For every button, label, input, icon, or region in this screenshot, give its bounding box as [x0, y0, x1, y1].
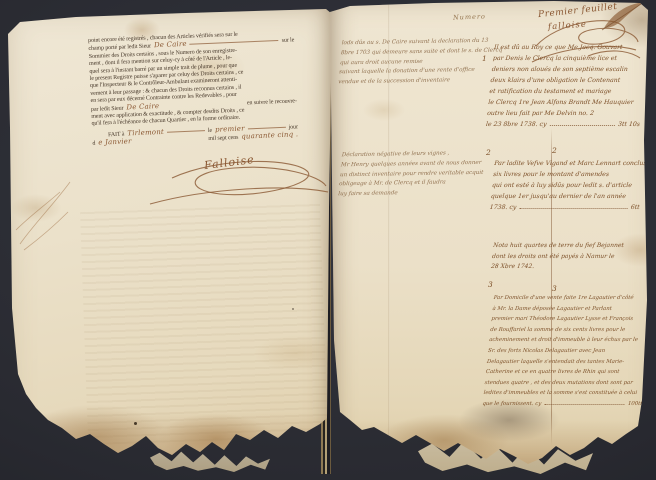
handwritten-line: premier mari Théodore Lagautier Lysse et…: [491, 314, 652, 325]
entry-total-line: que le fournissent. cy100tt: [482, 399, 643, 410]
amount-value: 100tt: [627, 399, 643, 410]
spacer: [135, 140, 206, 143]
handwritten-text: De Caire: [154, 41, 187, 50]
margin-note: Déclaration négative de leurs vignes ,Mr…: [338, 149, 493, 201]
entry-number: 3: [488, 280, 493, 289]
handwritten-text: quarante cinq .: [241, 132, 298, 142]
handwritten-line: et ratification du testament et mariage: [489, 86, 644, 97]
handwritten-line: vendue et de la succession d'inventaire: [338, 76, 489, 88]
printed-text: le: [208, 128, 212, 136]
handwritten-line: Nota huit quartes de terre du fief Bejan…: [493, 241, 644, 252]
ink-scrawl: [10, 166, 74, 252]
handwritten-line: à Mr. la Dame déposée Lagautier et Parla…: [492, 304, 653, 315]
entry-total-line: 1738. cy6tt: [489, 202, 640, 213]
total-text: le 23 8bre 1738. cy: [485, 119, 547, 130]
handwritten-line: Il est dû au Roy ce que Me Jacq. Gouvart: [493, 42, 648, 53]
handwritten-line: acheminement et droit d'immeuble à leur …: [489, 335, 650, 346]
right-page: Numero Premier feuillet falloise lods dû…: [324, 0, 656, 478]
total-text: 1738. cy: [489, 202, 517, 213]
ink-stroke: [167, 127, 205, 133]
handwritten-line: deux klairs d'une obligation le Contenan…: [490, 75, 645, 86]
handwritten-line: Catherine et ce en quatre livres de Rhin…: [485, 367, 646, 378]
dotted-leader: [544, 400, 625, 405]
handwritten-line: quelque 1er jusqu'au dernier de l'an ann…: [490, 191, 641, 202]
amount-value: 6tt: [630, 202, 640, 213]
dotted-leader: [549, 121, 615, 126]
printed-paragraph: point encore été registrés , chacun des …: [88, 29, 298, 148]
ledger-entry: Par Domicile d'une vente faite 1re Lagau…: [482, 293, 654, 410]
entry-number: 3: [552, 284, 557, 293]
handwritten-line: Par Domicile d'une vente faite 1re Lagau…: [493, 293, 654, 304]
ink-stroke: [248, 124, 286, 130]
printed-text: d: [92, 141, 95, 149]
handwritten-line: dont les droits ont été payés à Namur le: [491, 252, 642, 263]
handwritten-line: deniers non aloués de son septième escal…: [491, 64, 646, 75]
handwritten-line: 28 Xbre 1742.: [490, 262, 641, 273]
entry-total-line: le 23 8bre 1738. cy3tt 10s: [485, 119, 640, 130]
margin-note: lods dûs au s. De Caire suivant la decla…: [338, 37, 493, 89]
numero-label: Numero: [453, 12, 486, 21]
handwritten-line: par Denis le Clercq la cinquième lice et: [492, 53, 647, 64]
ledger-entry: Il est dû au Roy ce que Me Jacq. Gouvart…: [485, 42, 648, 130]
handwritten-text: De Caire: [126, 103, 159, 112]
dotted-leader: [519, 204, 628, 209]
printed-text: mil sept cens: [208, 135, 238, 144]
quill-flourish: [598, 0, 648, 32]
left-page: point encore été registrés , chacun des …: [6, 8, 334, 470]
handwritten-line: outre lieu fait par Me Delvin no. 2: [487, 108, 642, 119]
nota-note: Nota huit quartes de terre du fief Bejan…: [490, 241, 643, 273]
amount-value: 3tt 10s: [617, 119, 640, 130]
total-text: que le fournissent. cy: [482, 399, 542, 410]
photo-background: point encore été registrés , chacun des …: [0, 0, 656, 480]
handwritten-line: qui ont esté à luy sidûs pour ledit s. d…: [491, 180, 642, 191]
handwritten-line: stendues quatre , et des deux mutations …: [484, 378, 645, 389]
printed-text: sur le: [282, 38, 295, 46]
entry-number: 2: [486, 148, 491, 157]
handwritten-text: Tirlemont: [127, 129, 164, 138]
bleedthrough-texture: [80, 202, 328, 445]
handwritten-text: e Janvier: [98, 139, 132, 148]
handwritten-line: Delagautier laquelle s'entendait des tan…: [486, 357, 647, 368]
handwritten-line: six livres pour le montant d'amendes: [493, 169, 644, 180]
ink-speck: [292, 308, 294, 310]
entry-number: 1: [482, 54, 487, 63]
handwritten-line: luy faire sa demande: [338, 188, 489, 200]
handwritten-line: ledites d'immeubles et la somme s'est co…: [483, 388, 644, 399]
handwritten-line: Par ladite Vefve Vigand et Marc Lennart …: [494, 158, 645, 169]
handwritten-line: Sr. des forts Nicolas Delagautier avec J…: [487, 346, 648, 357]
ledger-entry: Par ladite Vefve Vigand et Marc Lennart …: [489, 158, 645, 213]
handwritten-line: de Rouffariel la somme de six cents livr…: [490, 325, 651, 336]
handwritten-line: le Clercq 1re Jean Alfons Brandt Me Hauq…: [488, 97, 643, 108]
entry-number: 2: [552, 146, 557, 155]
